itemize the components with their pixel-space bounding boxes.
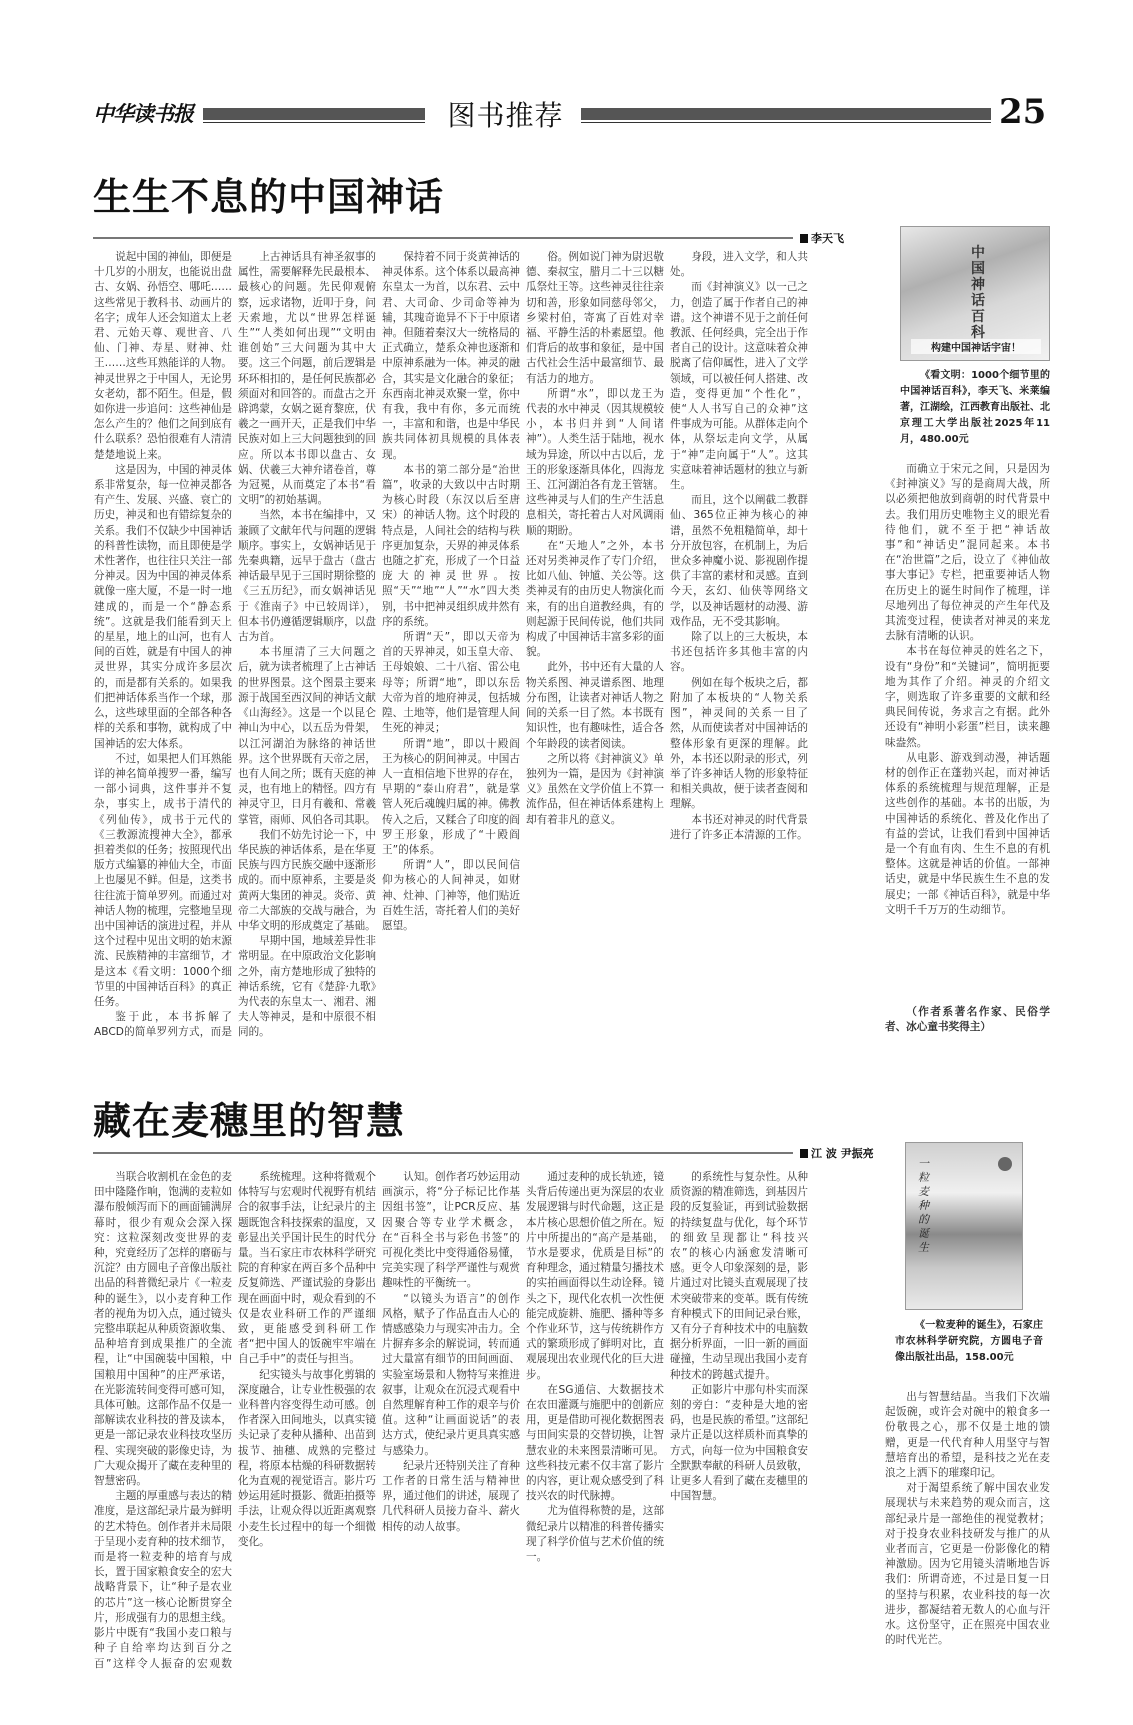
paragraph: 在SG通信、大数据技术在农田灌溉与施肥中的创新应用，更是借助可视化数据图表与田间… — [526, 1383, 664, 1505]
book-cover-title: 中国神话百科 — [971, 245, 991, 341]
paragraph: 说起中国的神仙，即便是十几岁的小朋友，也能说出盘古、女娲、孙悟空、哪吒……这些常… — [94, 250, 232, 463]
section-title: 图书推荐 — [433, 94, 578, 134]
paragraph: 保持着不同于炎黄神话的神灵体系。这个体系以最高神东皇太一为首，以东君、云中君、大… — [382, 250, 520, 463]
caption-text: 《一粒麦种的诞生》，石家庄市农林科学研究院，方圆电子音像出版社出品，158.00… — [895, 1318, 1043, 1366]
paragraph: 系统梳理。这种将微观个体特写与宏观时代视野有机结合的叙事手法，让纪录片的主题既饱… — [238, 1170, 376, 1368]
paragraph: 此外，书中还有大量的人物关系图、神灵谱系图、地理分布图，让读者对神话人物之间的关… — [526, 660, 664, 751]
paragraph: 通过麦种的成长轨迹，镜头背后传递出更为深层的农业发展逻辑与时代命题，这正是本片核… — [526, 1170, 664, 1383]
article1-byline: 李天飞 — [800, 230, 844, 246]
book-cover-image: 一粒麦种的诞生 — [905, 1142, 1023, 1310]
divider — [581, 122, 991, 123]
paragraph: 从电影、游戏到动漫，神话题材的创作正在蓬勃兴起，而对神话体系的系统梳理与规范理解… — [885, 751, 1050, 918]
paragraph: “以镜头为语言”的创作风格，赋予了作品直击人心的情感感染力与现实冲击力。全片摒弃… — [382, 1292, 520, 1459]
paragraph: 所谓“地”，即以十殿阎王为核心的阴间神灵。中国古人一直相信地下世界的存在，早期的… — [382, 737, 520, 859]
paragraph: 本书厘清了三大问题之后，就为读者梳理了上古神话的世界图景。这个图景主要来源于战国… — [238, 645, 376, 827]
article2-column-1: 当联合收割机在金色的麦田中隆隆作响，饱满的麦粒如瀑布般倾泻而下的画面铺满屏幕时，… — [94, 1170, 232, 1670]
paragraph: 本书的第二部分是“治世篇”，收录的大致以中古时期为核心时段（东汉以后至唐宋）的神… — [382, 463, 520, 630]
paragraph: 俗。例如说门神为尉迟敬德、秦叔宝，腊月二十三以糖瓜祭灶王等。这些神灵往往亲切和善… — [526, 250, 664, 387]
publisher-logo-icon — [998, 1157, 1012, 1171]
paragraph: 尤为值得称赞的是，这部微纪录片以精准的科普传播实现了科学价值与艺术价值的统一。 — [526, 1504, 664, 1565]
paragraph: 纪实镜头与故事化剪辑的深度融合，让专业性极强的农业科普内容变得生动可感。创作者深… — [238, 1368, 376, 1550]
paragraph: 对于渴望系统了解中国农业发展现状与未来趋势的观众而言，这部纪录片是一部绝佳的视觉… — [885, 1481, 1050, 1648]
paragraph: 认知。创作者巧妙运用动画演示，将“分子标记比作基因组书签”，让PCR反应、基因聚… — [382, 1170, 520, 1292]
article2-right-column: 出与智慧结晶。当我们下次端起饭碗，或许会对碗中的粮食多一份敬畏之心，那不仅是土地… — [885, 1390, 1050, 1670]
paragraph: 所谓“天”，即以天帝为首的天界神灵，如玉皇大帝、王母娘娘、二十八宿、雷公电母等；… — [382, 630, 520, 736]
caption-text: 《看文明：1000个细节里的中国神话百科》，李天飞、米莱编著，江湖绘，江西教育出… — [900, 368, 1050, 448]
paragraph: 在“天地人”之外，本书还对另类神灵作了专门介绍，比如八仙、钟馗、关公等。这类神灵… — [526, 539, 664, 661]
article1-headline: 生生不息的中国神话 — [93, 166, 444, 221]
article1-book-caption: 《看文明：1000个细节里的中国神话百科》，李天飞、米莱编著，江湖绘，江西教育出… — [900, 368, 1050, 448]
article1-column-4: 俗。例如说门神为尉迟敬德、秦叔宝，腊月二十三以糖瓜祭灶王等。这些神灵往往亲切和善… — [526, 250, 664, 1040]
paragraph: 我们不妨先讨论一下，中华民族的神话体系，是在华夏民族与四方民族交融中逐渐形成的。… — [238, 828, 376, 934]
paragraph: 所谓“人”，即以民间信仰为核心的人间神灵，如财神、灶神、门神等，他们贴近百姓生活… — [382, 858, 520, 934]
divider — [203, 122, 425, 123]
paragraph: 而《封神演义》以一己之力，创造了属于作者自己的神谱。这个神谱不见于之前任何教派、… — [670, 280, 808, 493]
square-bullet-icon — [800, 1149, 808, 1158]
book-cover-image: 中国神话百科 构建中国神话宇宙！ — [900, 226, 1050, 361]
article1-column-1: 说起中国的神仙，即便是十几岁的小朋友，也能说出盘古、女娲、孙悟空、哪吒……这些常… — [94, 250, 232, 1040]
paragraph: 本书还对神灵的时代背景进行了许多正本清源的工作。 — [670, 813, 808, 843]
newspaper-logo: 中华读书报 — [93, 98, 193, 128]
paragraph: 当然，本书在编排中，又兼顾了文献年代与问题的逻辑顺序。事实上，女娲神话见于先秦典… — [238, 508, 376, 645]
paragraph: 而且，这个以阐截二教群仙、365位正神为核心的神谱，虽然不免粗糙简单，却十分开放… — [670, 493, 808, 630]
paragraph: 例如在每个板块之后，都附加了本板块的“人物关系图”，神灵间的关系一目了然，从而使… — [670, 676, 808, 813]
paragraph: 当联合收割机在金色的麦田中隆隆作响，饱满的麦粒如瀑布般倾泻而下的画面铺满屏幕时，… — [94, 1170, 232, 1489]
article1-right-column: 而确立于宋元之间，只是因为《封神演义》写的是商周大战，所以必须把他放到商朝的时代… — [885, 462, 1050, 1007]
paragraph: 之所以将《封神演义》单独列为一篇，是因为《封神演义》虽然在文学价值上不算一流作品… — [526, 752, 664, 828]
article2-rule — [93, 1152, 793, 1154]
article2-byline: 江 波 尹振亮 — [800, 1145, 874, 1161]
page-number: 25 — [999, 92, 1046, 132]
masthead: 中华读书报 ■E-mail:dushubao@263.net 图书推荐 ■本版编… — [93, 96, 1043, 132]
article1-rule — [93, 237, 793, 239]
masthead-bar-left: ■E-mail:dushubao@263.net — [203, 108, 425, 120]
paragraph: 的系统性与复杂性。从种质资源的精准筛选，到基因片段的反复验证，再到试验数据的持续… — [670, 1170, 808, 1383]
article2-column-5: 的系统性与复杂性。从种质资源的精准筛选，到基因片段的反复验证，再到试验数据的持续… — [670, 1170, 808, 1670]
article1-column-3: 保持着不同于炎黄神话的神灵体系。这个体系以最高神东皇太一为首，以东君、云中君、大… — [382, 250, 520, 1040]
book-cover-banner: 构建中国神话宇宙！ — [911, 339, 1041, 354]
article1-column-5: 身段，进入文学，和人共处。而《封神演义》以一己之力，创造了属于作者自己的神谱。这… — [670, 250, 808, 1040]
paragraph: 正如影片中那句朴实而深刻的旁白：“麦种是大地的密码，也是民族的希望。”这部纪录片… — [670, 1383, 808, 1505]
paragraph: 本书在每位神灵的姓名之下，设有“身份”和“关键词”，简明扼要地为其作了介绍。神灵… — [885, 644, 1050, 750]
paragraph: 鉴于此，本书拆解了ABCD的简单罗列方式，而是采取了以时间线为轴的编排形式，分为… — [94, 1010, 232, 1040]
article2-column-4: 通过麦种的成长轨迹，镜头背后传递出更为深层的农业发展逻辑与时代命题，这正是本片核… — [526, 1170, 664, 1670]
article1-column-2: 上古神话具有神圣叙事的属性，需要解释先民最根本、最核心的问题。先民仰观俯察，远求… — [238, 250, 376, 1040]
square-bullet-icon — [800, 234, 808, 243]
author-names: 江 波 尹振亮 — [811, 1147, 874, 1160]
paragraph: 所谓“水”，即以龙王为代表的水中神灵（因其规模较小，本书归并到“人间诸神”）。人… — [526, 387, 664, 539]
author-note-text: （作者系著名作家、民俗学者、冰心童书奖得主） — [885, 1005, 1050, 1035]
masthead-bar-right: ■本版编辑:韩晓东 ■美编:崔大龙 ■电话:010-67078085 2026年… — [581, 108, 991, 120]
paragraph: 出与智慧结晶。当我们下次端起饭碗，或许会对碗中的粮食多一份敬畏之心，那不仅是土地… — [885, 1390, 1050, 1481]
paragraph: 主题的厚重感与表达的精准度，是这部纪录片最为鲜明的艺术特色。创作者并未局限于呈现… — [94, 1489, 232, 1670]
article1-author-note: （作者系著名作家、民俗学者、冰心童书奖得主） — [885, 1005, 1050, 1040]
author-name: 李天飞 — [811, 232, 844, 245]
article2-book-caption: 《一粒麦种的诞生》，石家庄市农林科学研究院，方圆电子音像出版社出品，158.00… — [895, 1318, 1043, 1366]
paragraph: 不过，如果把人们耳熟能详的神名简单搜罗一番，编写一部小词典，这件事并不复杂，事实… — [94, 752, 232, 1010]
paragraph: 这是因为，中国的神灵体系非常复杂，每一位神灵都各有产生、发展、兴盛、衰亡的历史，… — [94, 463, 232, 752]
article2-column-2: 系统梳理。这种将微观个体特写与宏观时代视野有机结合的叙事手法，让纪录片的主题既饱… — [238, 1170, 376, 1670]
paragraph: 纪录片还特别关注了育种工作者的日常生活与精神世界，通过他们的讲述，展现了几代科研… — [382, 1459, 520, 1535]
paragraph: 早期中国，地域差异性非常明显。在中原政治文化影响之外，南方楚地形成了独特的神话系… — [238, 934, 376, 1040]
paragraph: 上古神话具有神圣叙事的属性，需要解释先民最根本、最核心的问题。先民仰观俯察，远求… — [238, 250, 376, 508]
article2-headline: 藏在麦穗里的智慧 — [93, 1090, 405, 1145]
book-cover-title: 一粒麦种的诞生 — [918, 1157, 932, 1255]
paragraph: 身段，进入文学，和人共处。 — [670, 250, 808, 280]
article2-column-3: 认知。创作者巧妙运用动画演示，将“分子标记比作基因组书签”，让PCR反应、基因聚… — [382, 1170, 520, 1670]
paragraph: 而确立于宋元之间，只是因为《封神演义》写的是商周大战，所以必须把他放到商朝的时代… — [885, 462, 1050, 644]
paragraph: 除了以上的三大板块，本书还包括许多其他丰富的内容。 — [670, 630, 808, 676]
